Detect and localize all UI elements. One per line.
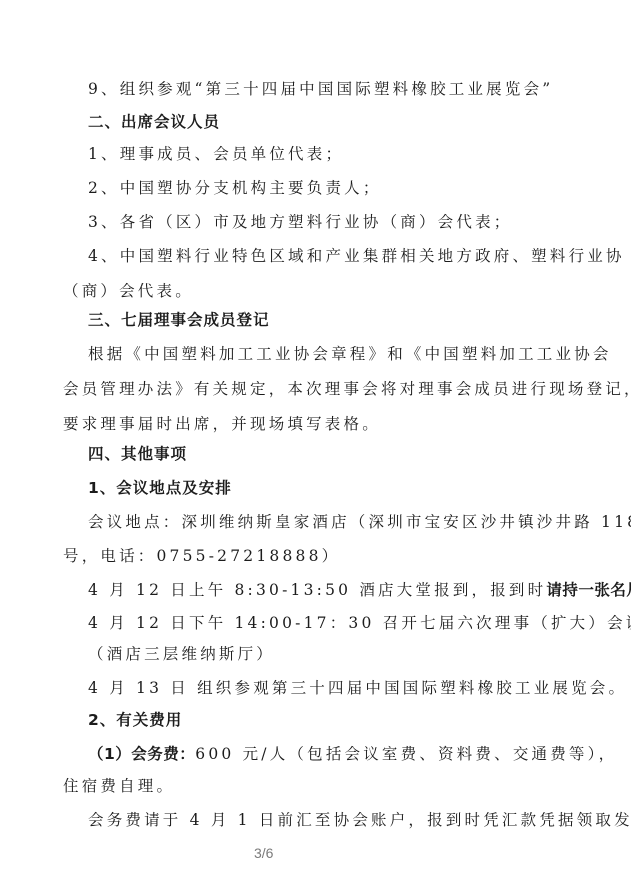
attendee-item-3: 3、各省（区）市及地方塑料行业协（商）会代表； bbox=[88, 212, 512, 232]
registration-paragraph-line-3: 要求理事届时出席，并现场填写表格。 bbox=[63, 414, 381, 434]
section-heading-attendees: 二、出席会议人员 bbox=[88, 112, 220, 132]
attendee-item-2: 2、中国塑协分支机构主要负责人； bbox=[88, 178, 382, 198]
business-card-notice: 请持一张名片。 bbox=[546, 581, 631, 599]
schedule-meeting-room: （酒店三层维纳斯厅） bbox=[88, 644, 275, 664]
schedule-exhibition-visit: 4 月 13 日 组织参观第三十四届中国国际塑料橡胶工业展览会。 bbox=[88, 678, 627, 698]
fee-payment-instructions: 会务费请于 4 月 1 日前汇至协会账户，报到时凭汇款凭据领取发 bbox=[88, 810, 631, 830]
venue-line-1: 会议地点：深圳维纳斯皇家酒店（深圳市宝安区沙井镇沙井路 118 bbox=[88, 512, 631, 532]
schedule-checkin-text: 4 月 12 日上午 8:30-13:50 酒店大堂报到，报到时 bbox=[88, 581, 546, 599]
page-number: 3/6 bbox=[254, 845, 273, 861]
subheading-fees: 2、有关费用 bbox=[88, 710, 182, 730]
schedule-checkin: 4 月 12 日上午 8:30-13:50 酒店大堂报到，报到时请持一张名片。 bbox=[88, 580, 631, 600]
subheading-venue-schedule: 1、会议地点及安排 bbox=[88, 478, 232, 498]
registration-paragraph-line-1: 根据《中国塑料加工工业协会章程》和《中国塑料加工工业协会 bbox=[88, 344, 612, 364]
section-heading-other-matters: 四、其他事项 bbox=[88, 444, 187, 464]
document-page: 9、组织参观“第三十四届中国国际塑料橡胶工业展览会” 二、出席会议人员 1、理事… bbox=[0, 0, 631, 894]
venue-line-2: 号，电话：0755-27218888） bbox=[63, 546, 340, 566]
fee-item-1-continued: 住宿费自理。 bbox=[63, 776, 175, 796]
section-heading-registration: 三、七届理事会成员登记 bbox=[88, 310, 270, 330]
agenda-item-9: 9、组织参观“第三十四届中国国际塑料橡胶工业展览会” bbox=[88, 79, 553, 99]
fee-item-1-text: 600 元/人（包括会议室费、资料费、交通费等）， bbox=[195, 745, 617, 763]
fee-item-1: （1）会务费：600 元/人（包括会议室费、资料费、交通费等）， bbox=[88, 744, 617, 764]
schedule-meeting: 4 月 12 日下午 14:00-17：30 召开七届六次理事（扩大）会议 bbox=[88, 613, 631, 633]
fee-item-1-label: （1）会务费： bbox=[88, 745, 195, 763]
registration-paragraph-line-2: 会员管理办法》有关规定，本次理事会将对理事会成员进行现场登记， bbox=[63, 379, 631, 399]
attendee-item-4: 4、中国塑料行业特色区域和产业集群相关地方政府、塑料行业协 bbox=[88, 246, 625, 266]
attendee-item-4-continued: （商）会代表。 bbox=[63, 281, 194, 301]
attendee-item-1: 1、理事成员、会员单位代表； bbox=[88, 144, 344, 164]
